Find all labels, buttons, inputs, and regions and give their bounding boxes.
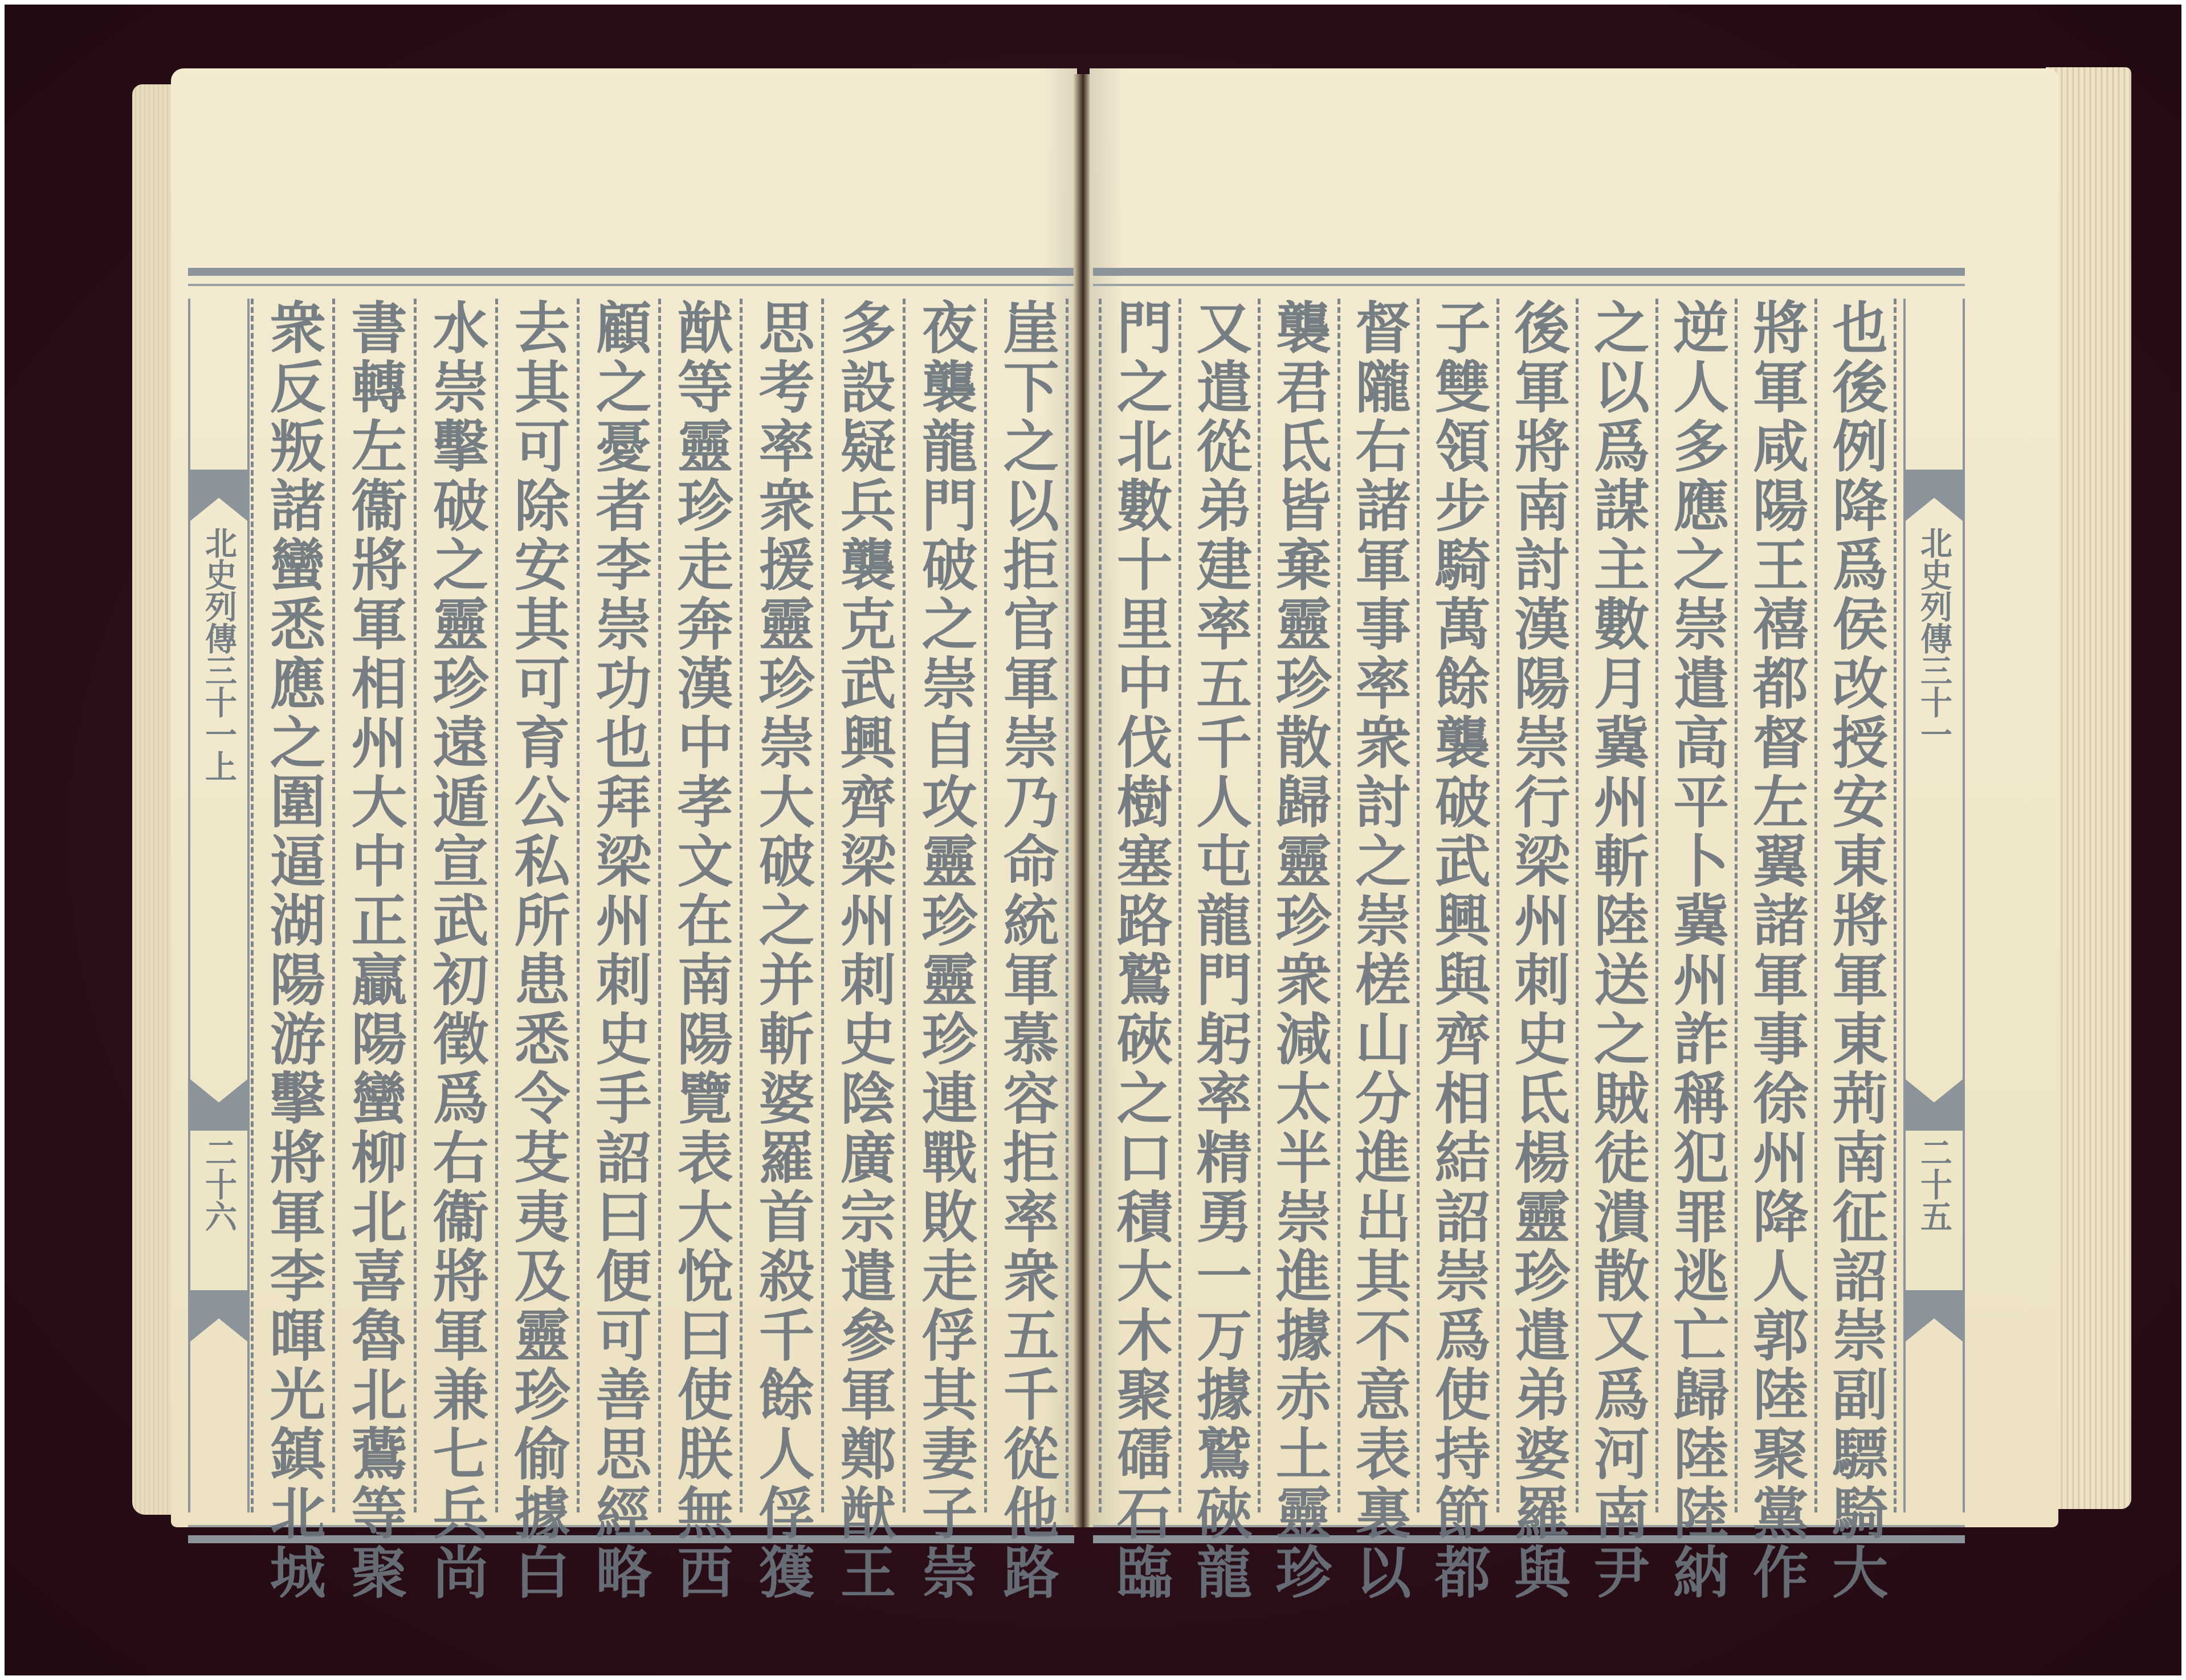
lower-fishtail-icon — [190, 1079, 247, 1131]
column-text: 逆人多應之崇遣高平卜冀州詐稱犯罪逃亡歸陸陸納 — [1669, 299, 1724, 1512]
banxin-folio-number: 二十六 — [190, 1136, 247, 1285]
text-column: 書轉左衞將軍相州大中正贏陽蠻柳北喜魯北鷰等聚 — [332, 299, 414, 1512]
upper-fishtail-icon — [1906, 470, 1963, 521]
text-column: 之以爲謀主數月冀州斬陸送之賊徒潰散又爲河南尹 — [1576, 299, 1655, 1512]
text-column: 又遣從弟建率五千人屯龍門躬率精勇一万據鷲硤龍 — [1178, 299, 1258, 1512]
banxin-title: 北史列傳三十一上 — [190, 527, 247, 960]
column-text: 也後例降爲侯改授安東將軍東荊南征詔崇副驃騎大 — [1828, 299, 1883, 1512]
bottom-fishtail-icon — [190, 1290, 247, 1341]
right-page-stack-edge — [2046, 67, 2131, 1509]
right-banxin: 北史列傳三十一 二十五 — [1903, 299, 1965, 1512]
text-column: 子雙領步騎萬餘襲破武興與齊相結詔崇爲使持節都 — [1417, 299, 1496, 1512]
text-column: 衆反叛諸蠻悉應之圍逼湖陽游擊將軍李暉光鎮北城 — [251, 299, 332, 1512]
left-text-columns: 崖下之以拒官軍崇乃命統軍慕容拒率衆五千從他路 夜襲龍門破之崇自攻靈珍靈珍連戰敗走… — [251, 299, 1068, 1512]
text-column: 多設疑兵襲克武興齊梁州刺史陰廣宗遣參軍鄭猷王 — [821, 299, 903, 1512]
book-gutter — [1074, 74, 1091, 1527]
lower-fishtail-icon — [1906, 1079, 1963, 1131]
bottom-fishtail-icon — [1906, 1290, 1963, 1341]
column-text: 又遣從弟建率五千人屯龍門躬率精勇一万據鷲硤龍 — [1192, 299, 1247, 1512]
banxin-folio-number: 二十五 — [1906, 1136, 1963, 1285]
text-column: 逆人多應之崇遣高平卜冀州詐稱犯罪逃亡歸陸陸納 — [1655, 299, 1735, 1512]
column-text: 猷等靈珍走奔漢中孝文在南陽覽表大悅曰使朕無西 — [672, 299, 728, 1512]
top-rule — [188, 284, 1074, 286]
column-text: 將軍咸陽王禧都督左翼諸軍事徐州降人郭陸聚黨作 — [1748, 299, 1804, 1512]
left-banxin: 北史列傳三十一上 二十六 — [188, 299, 250, 1512]
top-rule — [1093, 284, 1965, 286]
text-column: 猷等靈珍走奔漢中孝文在南陽覽表大悅曰使朕無西 — [658, 299, 740, 1512]
column-text: 夜襲龍門破之崇自攻靈珍靈珍連戰敗走俘其妻子崇 — [917, 299, 973, 1512]
text-column: 後軍將南討漢陽崇行梁州刺史氐楊靈珍遣弟婆羅與 — [1496, 299, 1576, 1512]
right-text-columns: 也後例降爲侯改授安東將軍東荊南征詔崇副驃騎大 將軍咸陽王禧都督左翼諸軍事徐州降人… — [1099, 299, 1897, 1512]
column-text: 多設疑兵襲克武興齊梁州刺史陰廣宗遣參軍鄭猷王 — [835, 299, 891, 1512]
column-text: 書轉左衞將軍相州大中正贏陽蠻柳北喜魯北鷰等聚 — [346, 299, 402, 1512]
right-print-block: 也後例降爲侯改授安東將軍東荊南征詔崇副驃騎大 將軍咸陽王禧都督左翼諸軍事徐州降人… — [1093, 268, 1965, 1543]
column-text: 之以爲謀主數月冀州斬陸送之賊徒潰散又爲河南尹 — [1589, 299, 1645, 1512]
text-column: 襲君氐皆棄靈珍散歸靈珍衆減太半崇進據赤土靈珍 — [1258, 299, 1337, 1512]
column-text: 顧之憂者李崇功也拜梁州刺史手詔曰便可善思經略 — [591, 299, 647, 1512]
column-text: 督隴右諸軍事率衆討之崇槎山分進出其不意表裏以 — [1351, 299, 1406, 1512]
text-column: 門之北數十里中伐樹塞路鷲硤之口積大木聚礌石臨 — [1099, 299, 1178, 1512]
text-column: 也後例降爲侯改授安東將軍東荊南征詔崇副驃騎大 — [1814, 299, 1897, 1512]
column-text: 子雙領步騎萬餘襲破武興與齊相結詔崇爲使持節都 — [1430, 299, 1486, 1512]
column-text: 水崇擊破之靈珍遠遁宣武初徵爲右衞將軍兼七兵尚 — [428, 299, 484, 1512]
upper-fishtail-icon — [190, 470, 247, 521]
column-text: 思考率衆援靈珍崇大破之并斬婆羅首殺千餘人俘獲 — [754, 299, 810, 1512]
text-column: 夜襲龍門破之崇自攻靈珍靈珍連戰敗走俘其妻子崇 — [903, 299, 984, 1512]
text-column: 去其可除安其可育公私所患悉令芟夷及靈珍偷據白 — [495, 299, 577, 1512]
column-text: 襲君氐皆棄靈珍散歸靈珍衆減太半崇進據赤土靈珍 — [1271, 299, 1327, 1512]
banxin-title: 北史列傳三十一 — [1906, 527, 1963, 960]
column-text: 衆反叛諸蠻悉應之圍逼湖陽游擊將軍李暉光鎮北城 — [265, 299, 321, 1512]
left-print-block: 北史列傳三十一上 二十六 崖下之以拒官軍崇乃命統軍慕容拒率衆五千從他路 夜襲龍門… — [188, 268, 1074, 1543]
column-text: 後軍將南討漢陽崇行梁州刺史氐楊靈珍遣弟婆羅與 — [1510, 299, 1565, 1512]
column-text: 門之北數十里中伐樹塞路鷲硤之口積大木聚礌石臨 — [1112, 299, 1168, 1512]
column-text: 去其可除安其可育公私所患悉令芟夷及靈珍偷據白 — [509, 299, 565, 1512]
column-text: 崖下之以拒官軍崇乃命統軍慕容拒率衆五千從他路 — [998, 299, 1054, 1512]
text-column: 將軍咸陽王禧都督左翼諸軍事徐州降人郭陸聚黨作 — [1735, 299, 1814, 1512]
text-column: 督隴右諸軍事率衆討之崇槎山分進出其不意表裏以 — [1337, 299, 1417, 1512]
text-column: 思考率衆援靈珍崇大破之并斬婆羅首殺千餘人俘獲 — [740, 299, 821, 1512]
text-column: 水崇擊破之靈珍遠遁宣武初徵爲右衞將軍兼七兵尚 — [414, 299, 495, 1512]
text-column: 顧之憂者李崇功也拜梁州刺史手詔曰便可善思經略 — [577, 299, 658, 1512]
text-column: 崖下之以拒官軍崇乃命統軍慕容拒率衆五千從他路 — [984, 299, 1068, 1512]
